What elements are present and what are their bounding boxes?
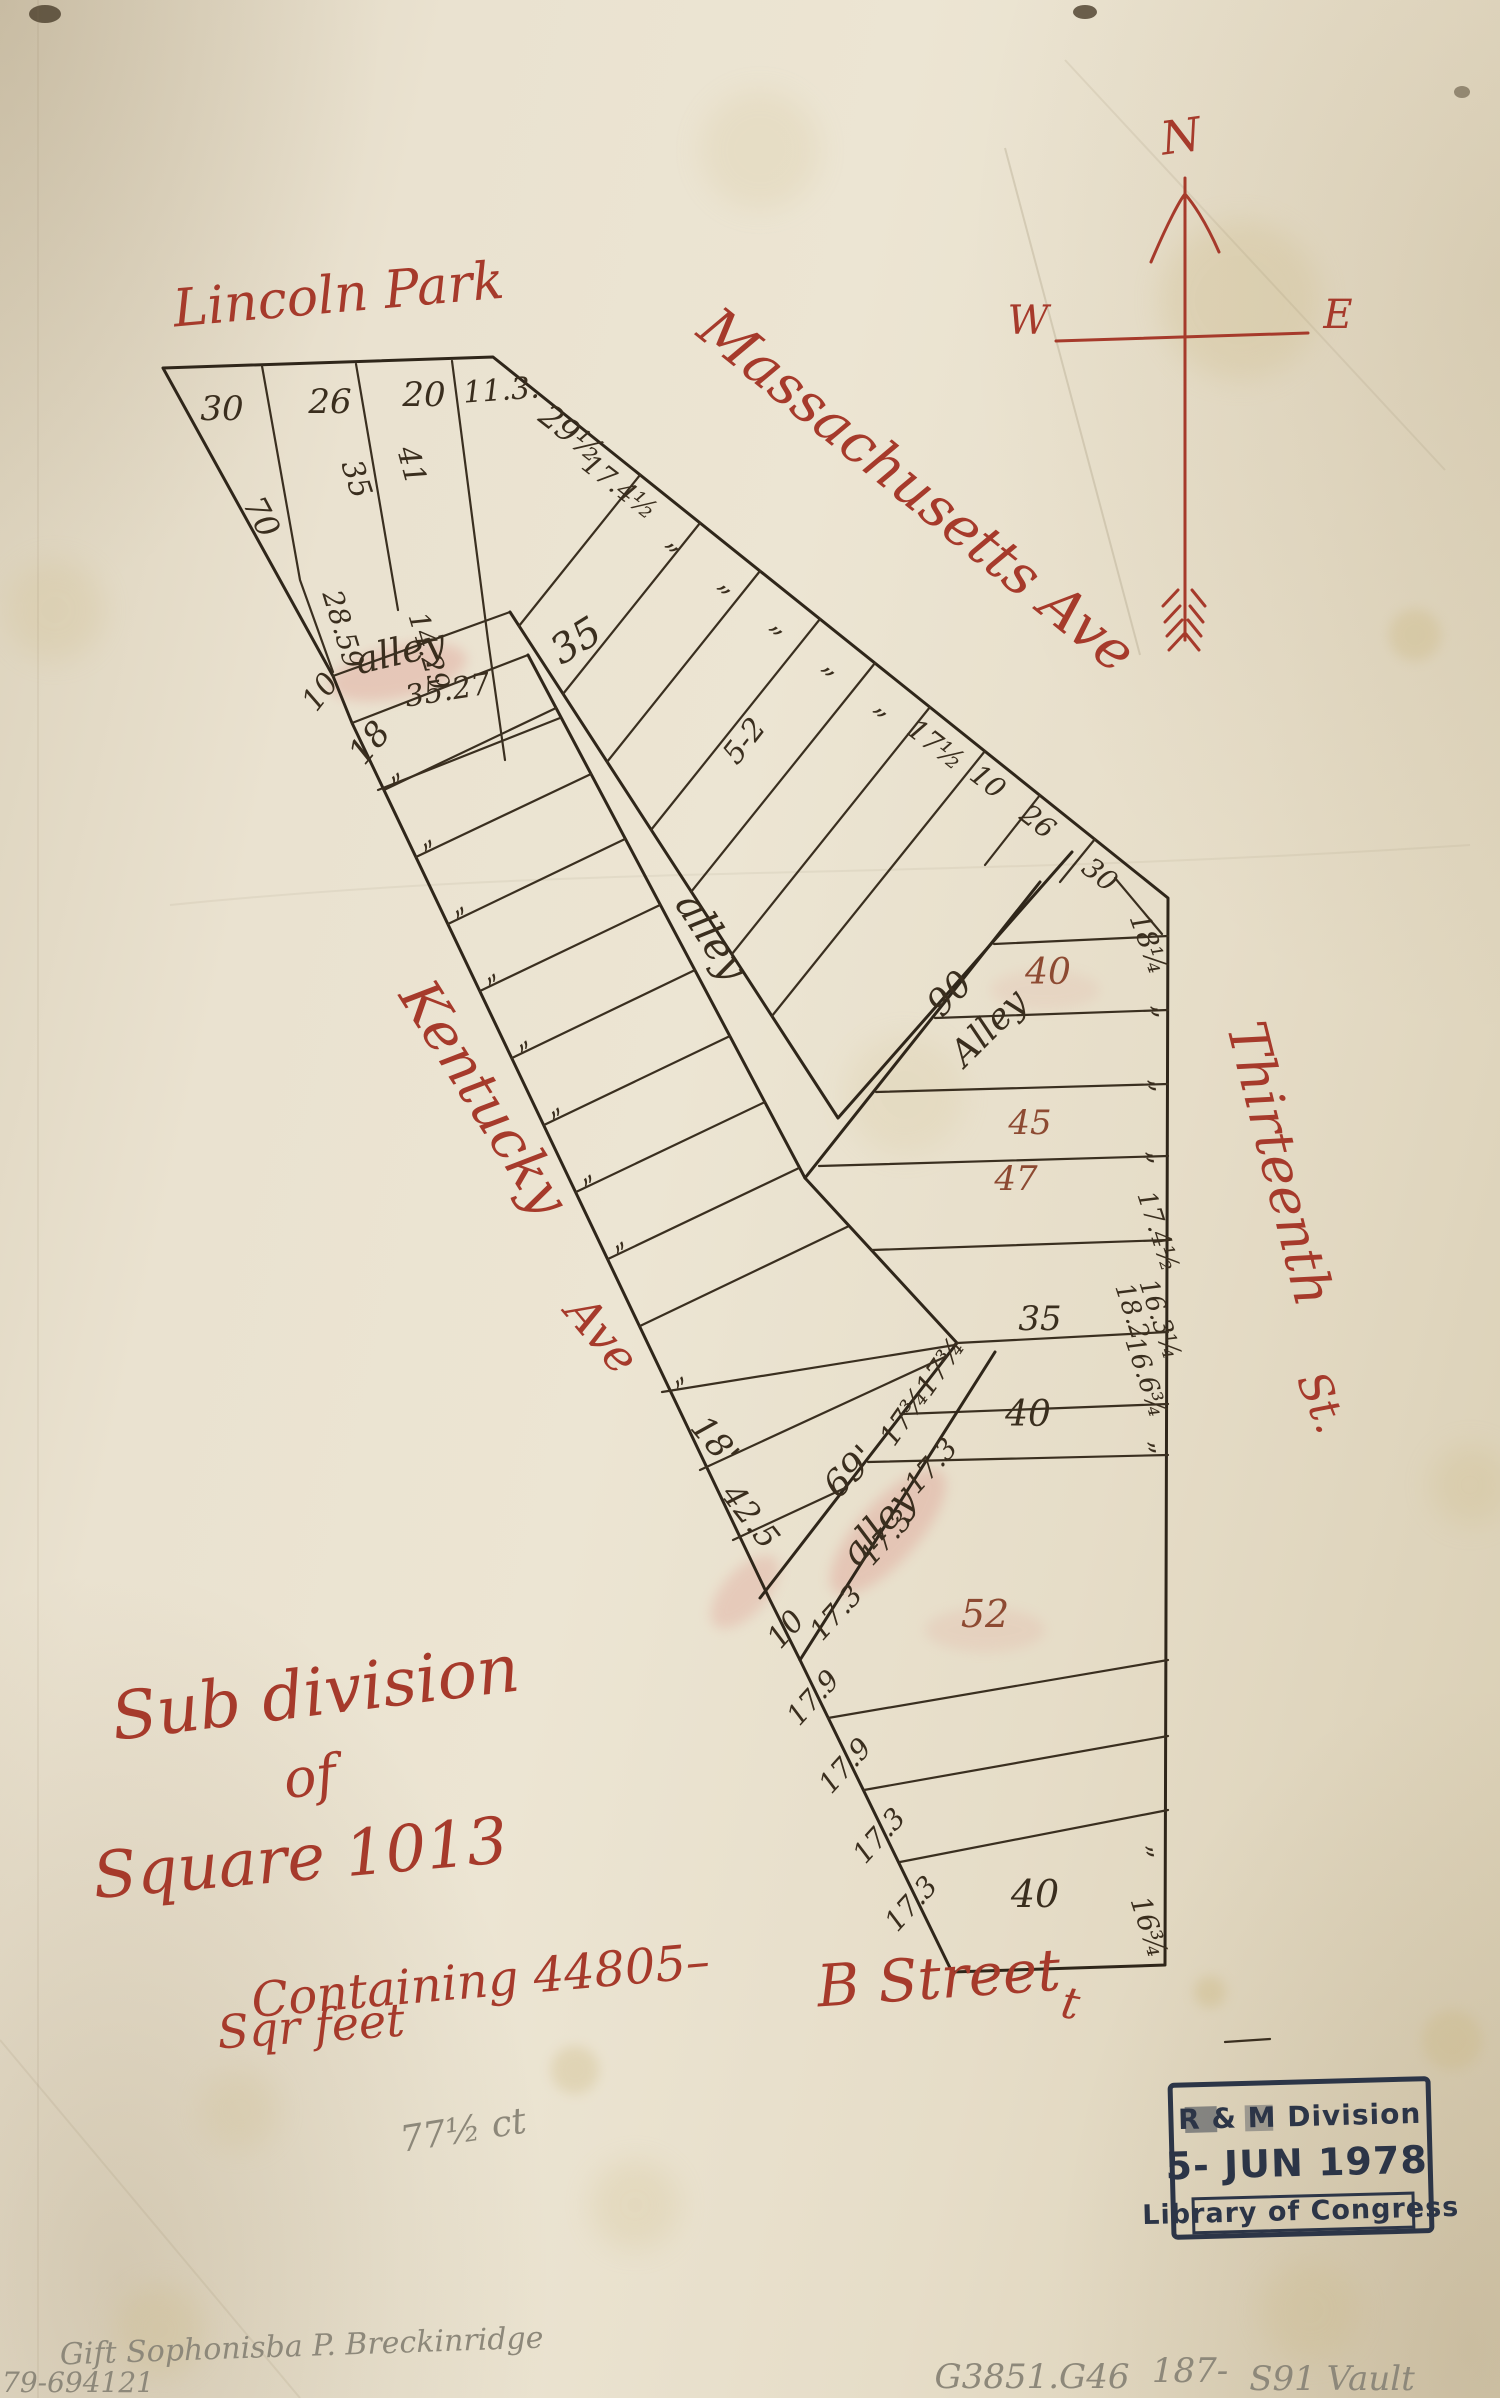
lot-dim: 10: [964, 758, 1012, 806]
lot-dim: 26: [1013, 797, 1062, 846]
lot-number: 45: [1007, 1103, 1051, 1143]
lot-dim: 11.3.: [462, 370, 541, 410]
ditto-mark: „: [1144, 1073, 1179, 1094]
ditto-mark: „: [661, 522, 695, 559]
lot-number: 40: [1024, 952, 1071, 993]
ditto-mark: „: [1144, 1435, 1179, 1456]
stamp-line-division: R & M Division: [1178, 2097, 1422, 2136]
lot-dim: 41: [389, 442, 433, 489]
street-b-street: B Street: [814, 1936, 1064, 2021]
ditto-mark: „: [765, 605, 799, 642]
lot-dim: 30: [200, 389, 243, 429]
compass-e-label: E: [1322, 292, 1352, 338]
plat-map-canvas: Lincoln ParkMassachusetts AveKentuckyAve…: [0, 0, 1500, 2398]
title-line-5: Sqr feet: [215, 1993, 406, 2060]
labels-layer: Lincoln ParkMassachusetts AveKentuckyAve…: [2, 106, 1460, 2398]
ditto-mark: „: [1142, 1145, 1177, 1166]
title-line-3: Square 1013: [90, 1804, 511, 1914]
lot-dim: 70: [235, 490, 288, 544]
lot-dim: 10: [760, 1604, 812, 1656]
lot-dim: 17.3: [846, 1801, 912, 1869]
red-ink-mark: t: [1057, 1977, 1084, 2030]
stamp-line-date: 5- JUN 1978: [1165, 2138, 1428, 2189]
pencil-accession-number: 79-694121: [2, 2366, 154, 2398]
lot-dim: 17.9: [780, 1663, 846, 1731]
lot-dim: 17.4½: [576, 449, 663, 527]
lot-dim: 17.4½: [1131, 1187, 1185, 1275]
street-kentucky-ave-suffix: Ave: [552, 1282, 650, 1385]
street-lincoln-park: Lincoln Park: [170, 251, 507, 340]
lot-dim: 26: [307, 382, 351, 422]
lot-dim: 17½: [901, 712, 971, 777]
lot-dim: 35: [542, 608, 610, 674]
lot-dim: 17.3: [878, 1869, 944, 1937]
street-massachusetts-ave: Massachusetts Ave: [685, 294, 1147, 686]
lot-dim: 18': [682, 1408, 746, 1474]
lot-number: 35: [1018, 1299, 1061, 1339]
ditto-mark: „: [817, 646, 851, 683]
lot-number: 52: [961, 1592, 1009, 1636]
title-line-1: Sub division: [107, 1629, 523, 1755]
compass-n-label: N: [1156, 106, 1206, 165]
stamp-line-institution: Library of Congress: [1142, 2192, 1460, 2231]
pencil-call-number-2: 187-: [1152, 2351, 1228, 2391]
ink-dash-mark: [1225, 2039, 1270, 2042]
lot-dim: 42.5: [713, 1476, 787, 1556]
lot-dim: 20: [401, 375, 445, 415]
title-line-2: of: [280, 1741, 348, 1811]
lot-number: 40: [1004, 1394, 1051, 1435]
plat-map-page: Lincoln ParkMassachusetts AveKentuckyAve…: [0, 0, 1500, 2398]
street-thirteenth-st-suffix: St.: [1286, 1364, 1356, 1440]
lot-number: 47: [993, 1159, 1038, 1199]
ditto-mark: „: [869, 687, 903, 724]
ditto-mark: „: [1147, 999, 1182, 1020]
compass-w-label: W: [1007, 298, 1051, 344]
pencil-call-number-3: S91 Vault: [1249, 2359, 1415, 2398]
lot-dim: 5-2: [716, 711, 773, 771]
lot-dim: 16¾: [1124, 1892, 1175, 1962]
pencil-call-number-1: G3851.G46: [935, 2357, 1130, 2397]
pencil-price-note: 77½ ct: [397, 2100, 529, 2160]
ditto-mark: „: [1142, 1839, 1177, 1860]
lot-number: 40: [1010, 1872, 1059, 1916]
street-thirteenth: Thirteenth: [1214, 1015, 1345, 1312]
